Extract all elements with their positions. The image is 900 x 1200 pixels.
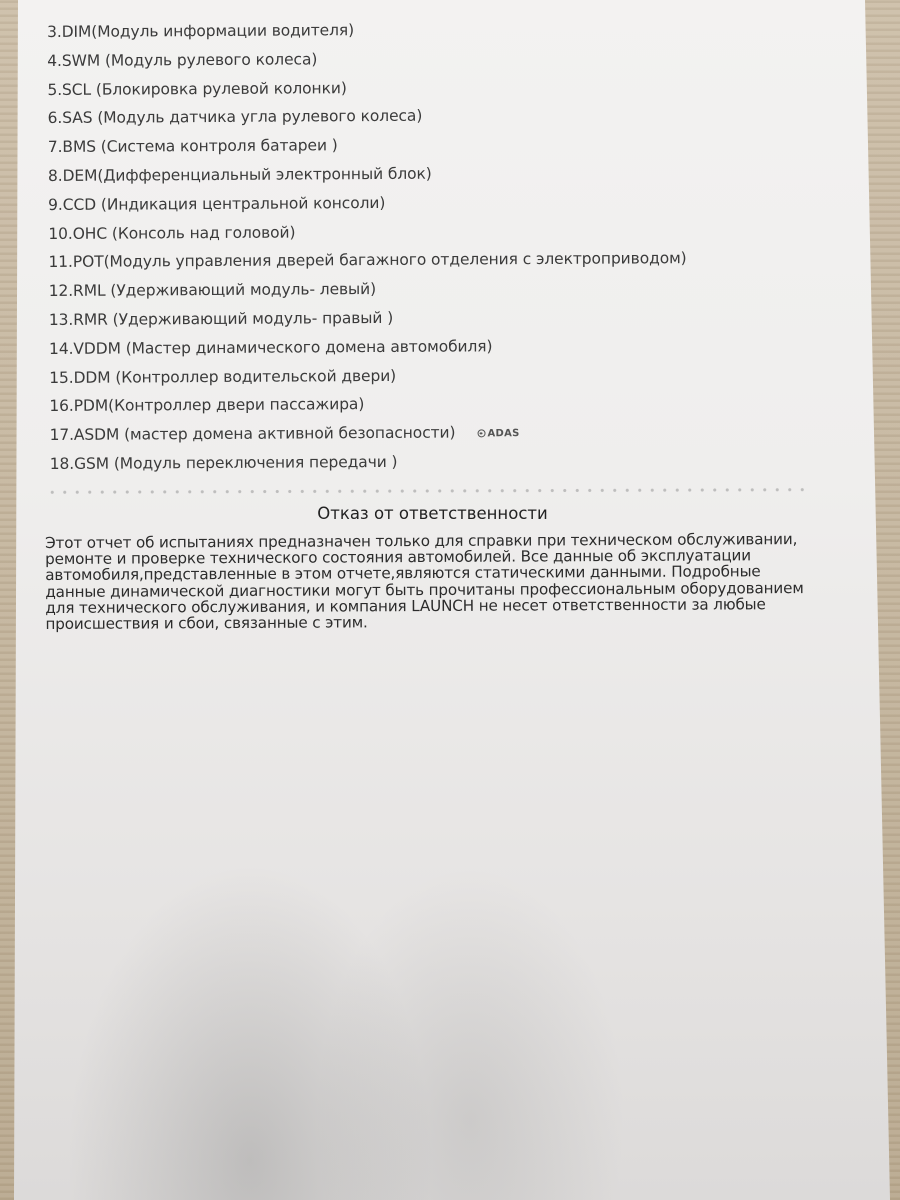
module-description: (Консоль над головой): [107, 223, 296, 242]
list-item: 13.RMR (Удерживающий модуль- правый ): [49, 302, 687, 335]
module-code: 7.BMS: [48, 138, 96, 156]
list-item: 14.VDDM (Мастер динамического домена авт…: [49, 331, 687, 364]
module-code: 9.CCD: [48, 195, 96, 213]
disclaimer-title: Отказ от ответственности: [0, 504, 865, 523]
module-description: (Индикация центральной консоли): [96, 194, 385, 214]
adas-badge-label: ADAS: [487, 428, 519, 439]
module-code: 18.GSM: [50, 455, 109, 473]
module-code: 6.SAS: [48, 109, 93, 127]
module-code: 14.VDDM: [49, 339, 121, 357]
list-item: 12.RML (Удерживающий модуль- левый): [49, 273, 687, 306]
disclaimer-text: Этот отчет об испытаниях предназначен то…: [45, 531, 845, 632]
list-item: 16.PDM(Контроллер двери пассажира): [49, 388, 687, 421]
module-description: (Контроллер водительской двери): [110, 366, 396, 386]
module-code: 11.POT: [48, 253, 103, 271]
module-description: (Дифференциальный электронный блок): [97, 165, 431, 185]
module-code: 5.SCL: [47, 80, 91, 98]
list-item: 10.OHC (Консоль над головой): [48, 216, 686, 249]
list-item: 8.DEM(Дифференциальный электронный блок): [48, 158, 686, 191]
list-item: 15.DDM (Контроллер водительской двери): [49, 360, 687, 393]
module-code: 16.PDM: [49, 397, 108, 415]
list-item: 17.ASDM (мастер домена активной безопасн…: [49, 417, 687, 450]
module-description: (Удерживающий модуль- правый ): [108, 309, 393, 329]
list-item: 11.POT(Модуль управления дверей багажног…: [48, 244, 686, 277]
module-description: (Блокировка рулевой колонки): [91, 79, 347, 99]
list-item: 4.SWM (Модуль рулевого колеса): [47, 43, 685, 76]
module-description: (Модуль информации водителя): [91, 21, 354, 41]
module-code: 4.SWM: [47, 51, 100, 69]
module-code: 17.ASDM: [49, 426, 119, 444]
module-description: (Система контроля батареи ): [96, 136, 338, 155]
list-item: 5.SCL (Блокировка рулевой колонки): [47, 72, 685, 105]
module-description: (Модуль рулевого колеса): [100, 50, 317, 69]
module-code: 3.DIM: [47, 23, 91, 41]
module-code: 8.DEM: [48, 167, 98, 185]
list-item: 9.CCD (Индикация центральной консоли): [48, 187, 686, 220]
module-description: (Мастер динамического домена автомобиля): [121, 337, 493, 357]
module-description: (Удерживающий модуль- левый): [105, 280, 376, 300]
target-icon: [477, 429, 485, 437]
list-item: 7.BMS (Система контроля батареи ): [48, 129, 686, 162]
disclaimer-line: происшествия и сбои, связанные с этим.: [45, 612, 845, 632]
module-description: (Модуль датчика угла рулевого колеса): [92, 107, 422, 127]
module-code: 12.RML: [49, 282, 106, 300]
paper-sheet: 3.DIM(Модуль информации водителя) 4.SWM …: [0, 0, 900, 1200]
disclaimer-line: для технического обслуживания, и компани…: [45, 596, 845, 616]
module-description: (Контроллер двери пассажира): [108, 395, 364, 415]
module-list: 3.DIM(Модуль информации водителя) 4.SWM …: [47, 14, 688, 479]
list-item: 3.DIM(Модуль информации водителя): [47, 14, 685, 47]
list-item: 18.GSM (Модуль переключения передачи ): [50, 446, 688, 479]
module-description: (мастер домена активной безопасности): [119, 424, 455, 444]
adas-badge: ADAS: [477, 420, 519, 449]
list-item: 6.SAS (Модуль датчика угла рулевого коле…: [48, 100, 686, 133]
module-code: 10.OHC: [48, 224, 107, 242]
module-code: 15.DDM: [49, 368, 110, 386]
dotted-separator: [46, 488, 804, 495]
module-description: (Модуль управления дверей багажного отде…: [104, 249, 687, 271]
module-description: (Модуль переключения передачи ): [109, 453, 398, 473]
module-code: 13.RMR: [49, 311, 108, 329]
